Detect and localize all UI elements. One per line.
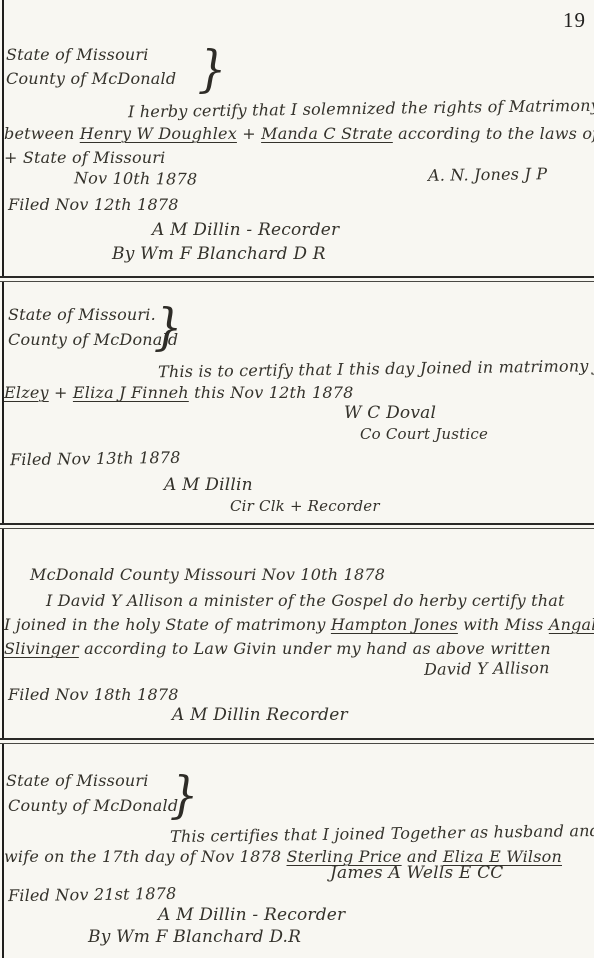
section-divider	[0, 523, 594, 529]
certificate-line: This certifies that I joined Together as…	[170, 822, 594, 846]
brace-mark: }	[154, 298, 183, 356]
bride-name: Eliza J Finneh	[73, 383, 189, 402]
certificate-line: I David Y Allison a minister of the Gosp…	[46, 592, 565, 610]
deputy-signature: By Wm F Blanchard D.R	[88, 928, 301, 947]
bride-name: Manda C Strate	[261, 124, 393, 143]
ledger-page: 19 State of Missouri County of McDonald …	[0, 0, 594, 958]
groom-surname: Elzey	[4, 383, 49, 402]
groom-name: Hampton Jones	[331, 615, 458, 634]
state-line: State of Missouri	[6, 46, 149, 64]
recorder-signature: A M Dillin Recorder	[172, 706, 348, 725]
certificate-line: I herby certify that I solemnized the ri…	[128, 97, 594, 121]
county-line: County of McDonald	[8, 797, 178, 815]
deputy-signature: By Wm F Blanchard D R	[112, 245, 326, 264]
state-line: State of Missouri	[6, 772, 149, 790]
page-left-border	[2, 0, 4, 958]
bride-surname: Slivinger	[4, 639, 79, 658]
page-number: 19	[563, 8, 586, 33]
recorder-signature: A M Dillin	[164, 476, 253, 495]
certificate-line: This is to certify that I this day Joine…	[158, 357, 594, 381]
filed-date: Filed Nov 18th 1878	[8, 686, 179, 704]
filed-date: Filed Nov 21st 1878	[8, 885, 177, 905]
record-heading: McDonald County Missouri Nov 10th 1878	[30, 566, 385, 584]
officiant-title: Co Court Justice	[360, 426, 488, 443]
recorder-signature: A M Dillin - Recorder	[158, 906, 345, 925]
county-line: County of McDonald	[6, 70, 176, 88]
bride-name: Angaline	[549, 615, 594, 634]
state-line: State of Missouri.	[8, 306, 156, 324]
ceremony-date: Nov 10th 1878	[74, 169, 197, 188]
officiant-signature: W C Doval	[344, 404, 436, 423]
section-divider	[0, 738, 594, 744]
officiant-signature: A. N. Jones J P	[428, 165, 547, 184]
section-divider	[0, 276, 594, 282]
certificate-line: Slivinger according to Law Givin under m…	[4, 640, 551, 658]
groom-name: Henry W Doughlex	[80, 124, 237, 143]
certificate-line: Elzey + Eliza J Finneh this Nov 12th 187…	[4, 384, 354, 402]
filed-date: Filed Nov 12th 1878	[8, 196, 179, 214]
recorder-signature: A M Dillin - Recorder	[152, 221, 339, 240]
recorder-title: Cir Clk + Recorder	[230, 498, 380, 515]
certificate-line: I joined in the holy State of matrimony …	[4, 616, 594, 634]
brace-mark: }	[198, 40, 227, 98]
certificate-line: + State of Missouri	[4, 149, 165, 167]
certificate-line: between Henry W Doughlex + Manda C Strat…	[4, 125, 594, 143]
brace-mark: }	[170, 766, 199, 824]
officiant-signature: David Y Allison	[424, 659, 550, 678]
officiant-signature: James A Wells E CC	[330, 864, 504, 883]
filed-date: Filed Nov 13th 1878	[10, 449, 181, 469]
